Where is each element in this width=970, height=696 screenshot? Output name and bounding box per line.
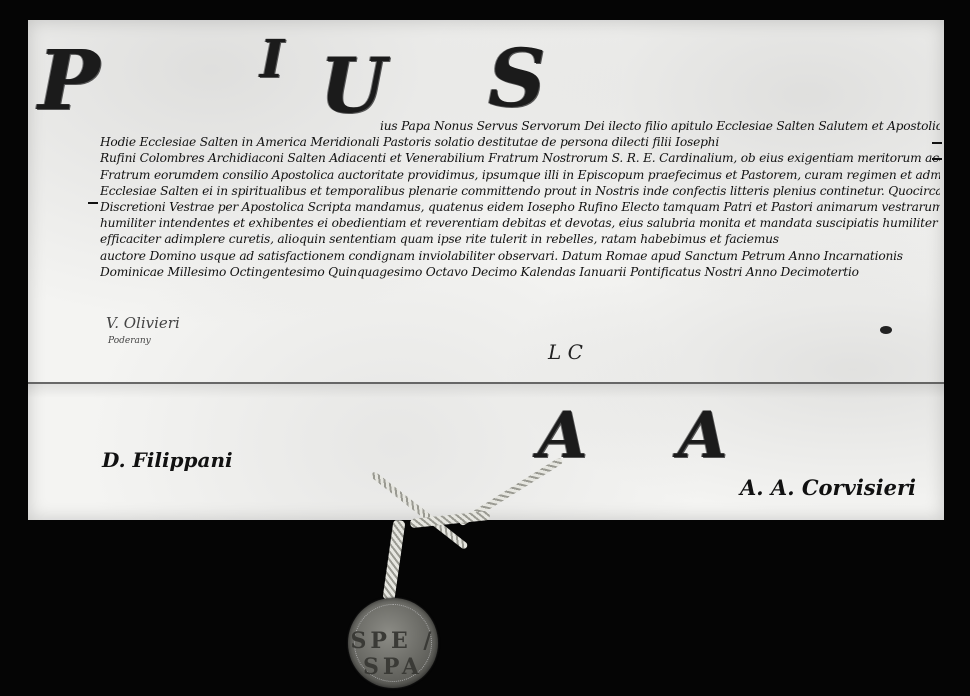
lead-seal-bulla: SPE / SPA xyxy=(348,598,438,688)
text-line-10: Dominicae Millesimo Octingentesimo Quinq… xyxy=(100,264,940,280)
text-line-8: efficaciter adimplere curetis, alioquin … xyxy=(100,231,940,247)
initial-letter-s: S xyxy=(488,38,546,118)
bull-text-body: ius Papa Nonus Servus Servorum Dei ilect… xyxy=(100,118,940,280)
ink-stain xyxy=(880,326,892,334)
signature-olivieri: V. Olivieri xyxy=(106,314,180,332)
plica-shadow xyxy=(28,384,944,398)
line-filler-dash xyxy=(932,158,942,160)
text-line-9: auctore Domino usque ad satisfactionem c… xyxy=(100,248,940,264)
registry-mark: L C xyxy=(548,340,583,364)
parchment-sheet: P I U S ius Papa Nonus Servus Servorum D… xyxy=(28,20,944,520)
text-line-7: humiliter intendentes et exhibentes ei o… xyxy=(100,215,940,231)
plica-initial-a-2: A xyxy=(678,404,728,468)
seal-imprint: SPE / SPA xyxy=(348,628,438,680)
text-line-1: ius Papa Nonus Servus Servorum Dei ilect… xyxy=(100,118,940,134)
seal-cord-hanging xyxy=(382,520,405,601)
line-filler-dash xyxy=(932,142,942,144)
text-line-5: Ecclesiae Salten ei in spiritualibus et … xyxy=(100,183,940,199)
line-filler-dash xyxy=(88,202,98,204)
text-line-2: Hodie Ecclesiae Salten in America Meridi… xyxy=(100,134,940,150)
initial-letter-i: I xyxy=(260,34,284,86)
text-line-3: Rufini Colombres Archidiaconi Salten Adi… xyxy=(100,150,940,166)
text-line-6: Discretioni Vestrae per Apostolica Scrip… xyxy=(100,199,940,215)
initial-letter-u: U xyxy=(320,48,386,124)
text-line-4: Fratrum eorumdem consilio Apostolica auc… xyxy=(100,167,940,183)
note-poderany: Poderany xyxy=(108,336,151,346)
plica-initial-a: A xyxy=(538,404,588,468)
initial-letter-p: P xyxy=(38,40,100,122)
signature-filippani: D. Filippani xyxy=(102,448,233,472)
signature-corvisieri: A. A. Corvisieri xyxy=(740,475,916,500)
